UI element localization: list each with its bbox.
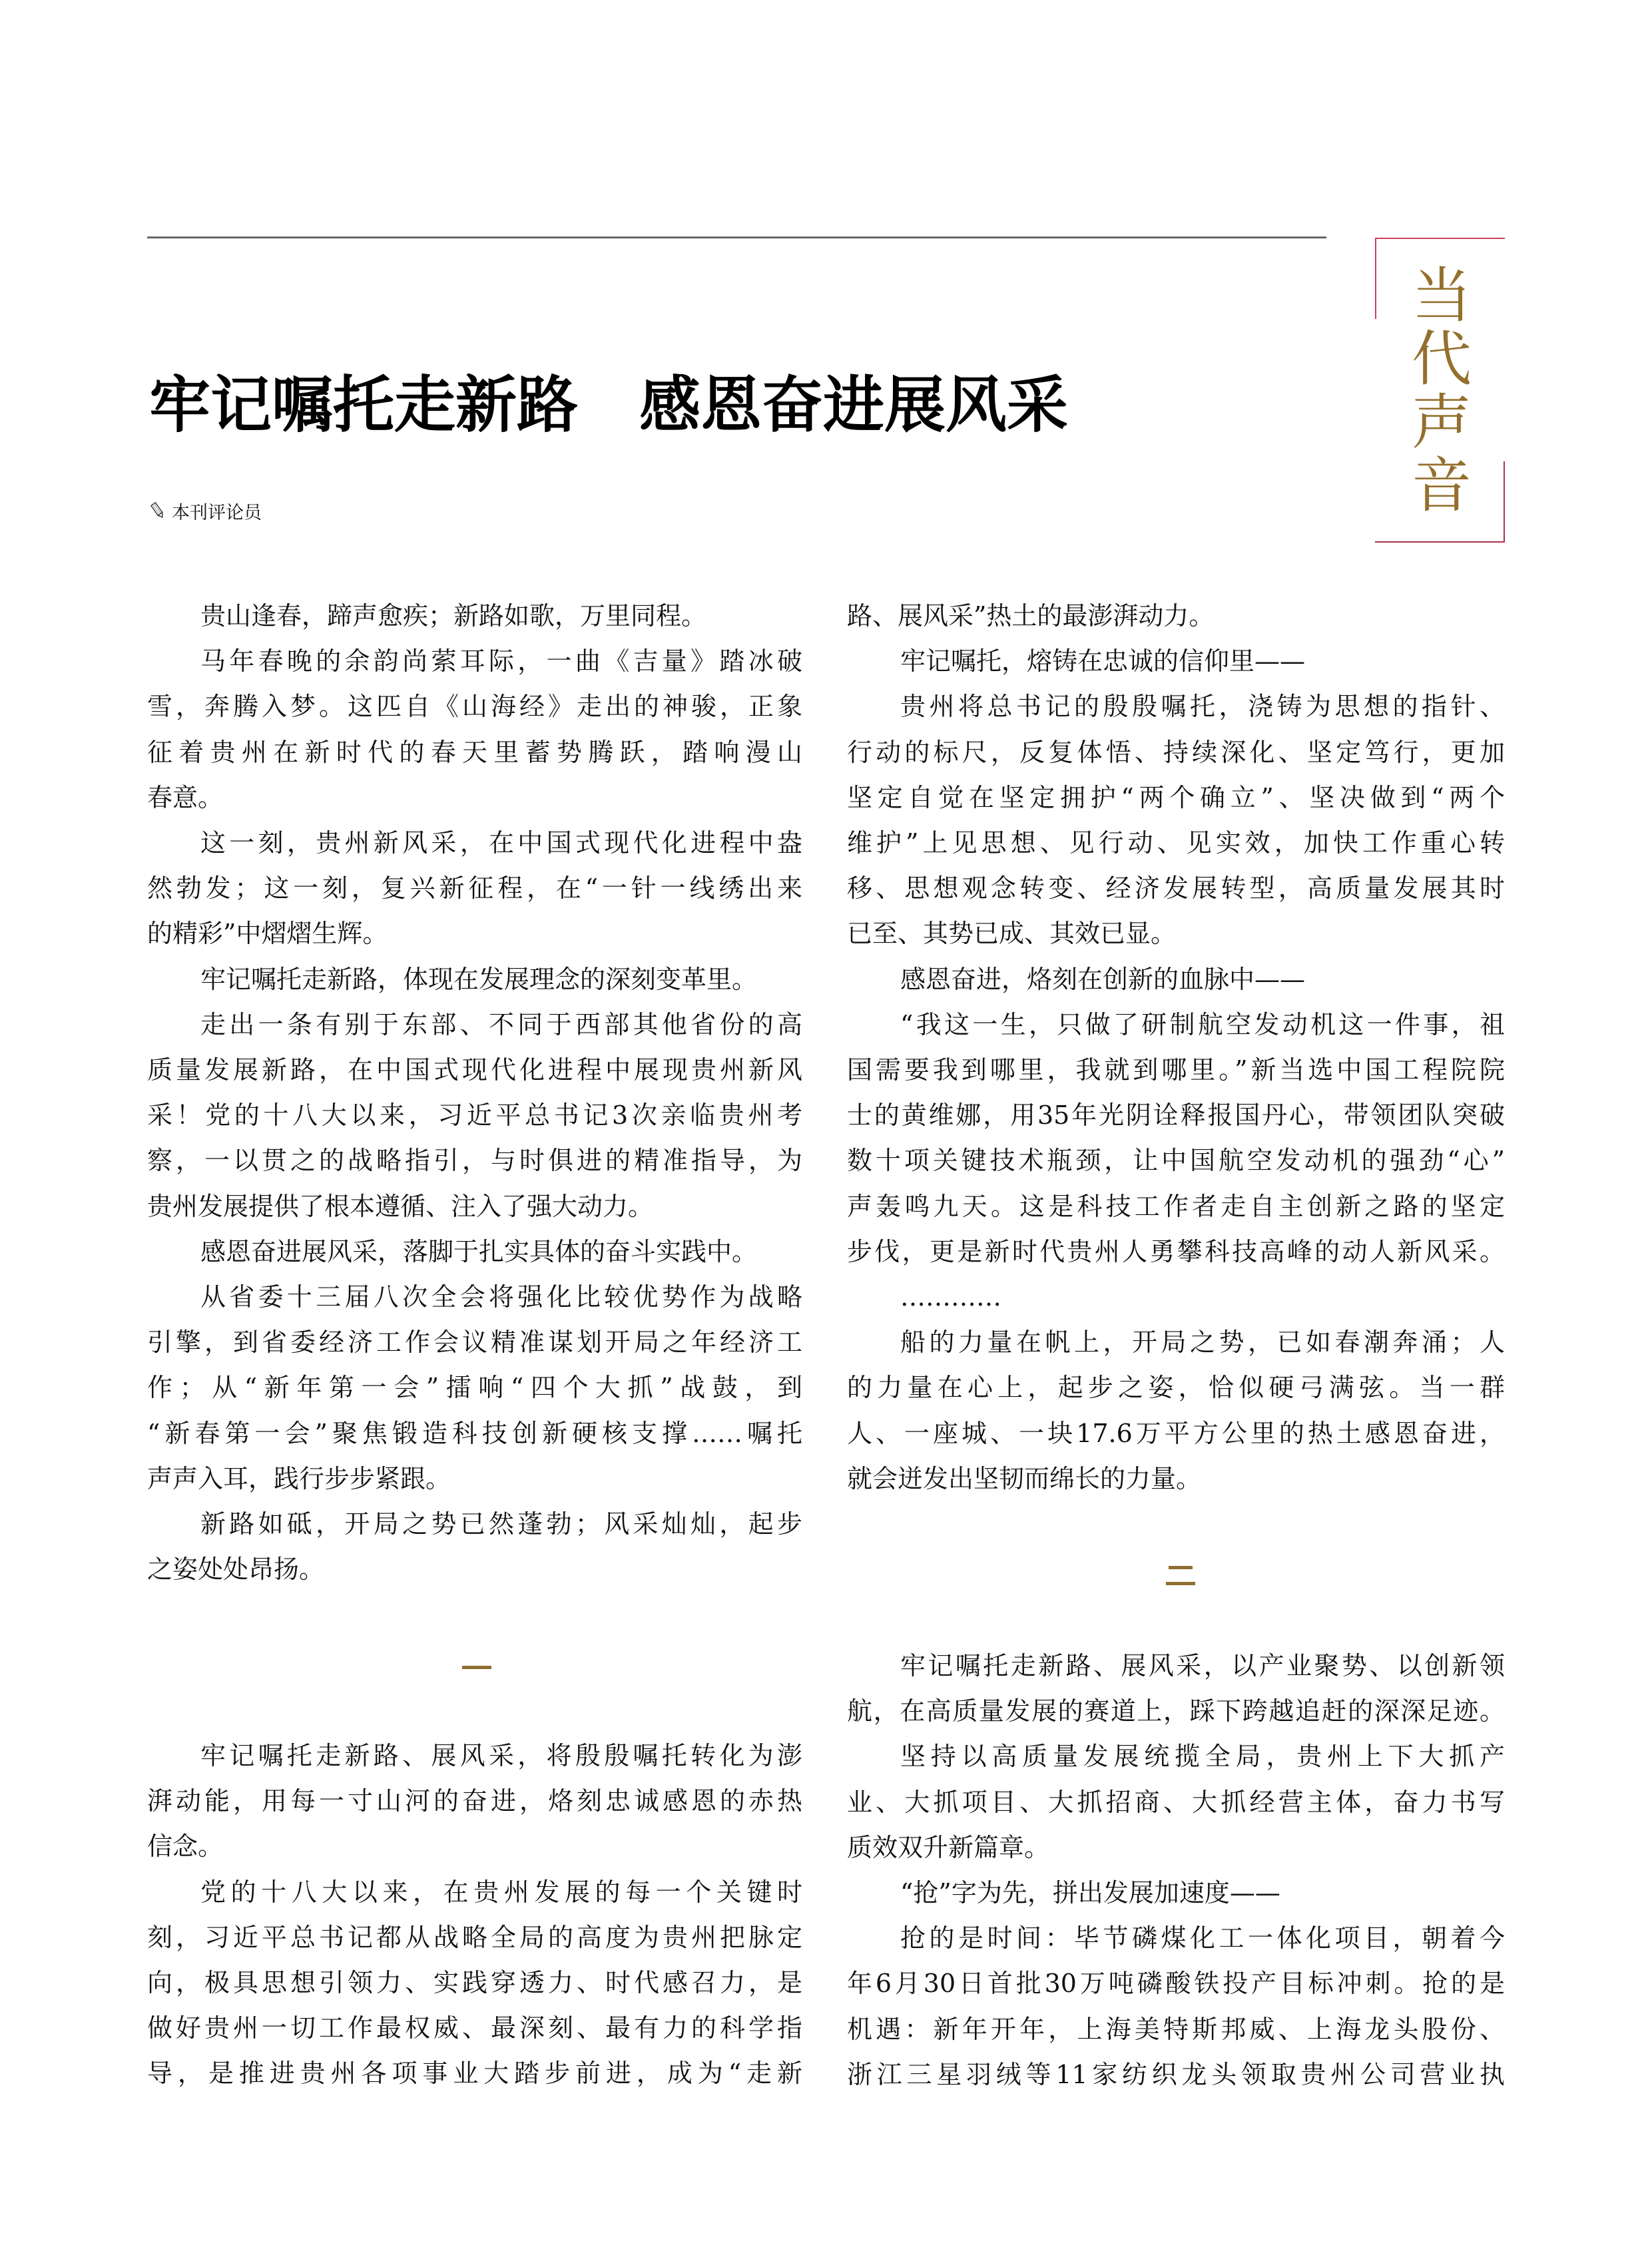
- paragraph-line: 湃动能，用每一寸山河的奋进，烙刻忠诚感恩的赤热: [147, 1786, 802, 1816]
- paragraph-line: 机遇：新年开年，上海美特斯邦威、上海龙头股份、: [847, 2015, 1505, 2044]
- paragraph-line: 雪，奔腾入梦。这匹自《山海经》走出的神骏，正象: [147, 692, 802, 721]
- marker-stroke: [462, 1666, 491, 1669]
- paragraph-line: 维护”上见思想、见行动、见实效，加快工作重心转: [847, 828, 1505, 858]
- paragraph-line: 走出一条有别于东部、不同于西部其他省份的高: [147, 1010, 802, 1039]
- paragraph-line: 数十项关键技术瓶颈，让中国航空发动机的强劲“心”: [847, 1146, 1505, 1175]
- paragraph-line: 声轰鸣九天。这是科技工作者走自主创新之路的坚定: [847, 1192, 1505, 1221]
- paragraph-line: 感恩奋进展风采，落脚于扎实具体的奋斗实践中。: [147, 1237, 802, 1266]
- paragraph-line: 牢记嘱托，熔铸在忠诚的信仰里——: [847, 646, 1505, 676]
- paragraph-line: 这一刻，贵州新风采，在中国式现代化进程中盎: [147, 828, 802, 858]
- paragraph-line: 年6月30日首批30万吨磷酸铁投产目标冲刺。抢的是: [847, 1969, 1505, 1998]
- paragraph-line: 业、大抓项目、大抓招商、大抓经营主体，奋力书写: [847, 1788, 1505, 1817]
- paragraph-line: “抢”字为先，拼出发展加速度——: [847, 1878, 1505, 1907]
- paragraph-line: 采！党的十八大以来，习近平总书记3次亲临贵州考: [147, 1101, 802, 1130]
- paragraph-line: 党的十八大以来，在贵州发展的每一个关键时: [147, 1877, 802, 1907]
- paragraph-line: 马年春晚的余韵尚萦耳际，一曲《吉量》踏冰破: [147, 646, 802, 676]
- paragraph-line: 从省委十三届八次全会将强化比较优势作为战略: [147, 1282, 802, 1312]
- paragraph-line: “我这一生，只做了研制航空发动机这一件事，祖: [847, 1010, 1505, 1039]
- paragraph-line: 的力量在心上，起步之姿，恰似硬弓满弦。当一群: [847, 1373, 1505, 1402]
- paragraph-line: 贵州发展提供了根本遵循、注入了强大动力。: [147, 1192, 802, 1221]
- paragraph-line: 向，极具思想引领力、实践穿透力、时代感召力，是: [147, 1968, 802, 1997]
- paragraph-line: 作；从“新年第一会”擂响“四个大抓”战鼓，到: [147, 1373, 802, 1402]
- paragraph-line: 移、思想观念转变、经济发展转型，高质量发展其时: [847, 873, 1505, 903]
- paragraph-line: 就会迸发出坚韧而绵长的力量。: [847, 1464, 1505, 1493]
- paragraph-line: 感恩奋进，烙刻在创新的血脉中——: [847, 965, 1505, 994]
- paragraph-line: 导，是推进贵州各项事业大踏步前进，成为“走新: [147, 2059, 802, 2088]
- paragraph-line: 做好贵州一切工作最权威、最深刻、最有力的科学指: [147, 2013, 802, 2043]
- paragraph-line: 新路如砥，开局之势已然蓬勃；风采灿灿，起步: [147, 1509, 802, 1539]
- byline: 本刊评论员: [150, 497, 262, 524]
- paragraph-line: 牢记嘱托走新路，体现在发展理念的深刻变革里。: [147, 965, 802, 994]
- paragraph-line: 信念。: [147, 1832, 802, 1861]
- marker-stroke: [1169, 1566, 1193, 1569]
- pencil-icon: [150, 502, 165, 519]
- header-rule: [147, 236, 1326, 238]
- paragraph-line: …………: [847, 1282, 1505, 1312]
- paragraph-line: 国需要我到哪里，我就到哪里。”新当选中国工程院院: [847, 1055, 1505, 1085]
- paragraph-line: 贵山逢春，蹄声愈疾；新路如歌，万里同程。: [147, 601, 802, 630]
- paragraph-line: 抢的是时间：毕节磷煤化工一体化项目，朝着今: [847, 1923, 1505, 1953]
- paragraph-line: 然勃发；这一刻，复兴新征程，在“一针一线绣出来: [147, 873, 802, 903]
- paragraph-line: 之姿处处昂扬。: [147, 1555, 802, 1584]
- paragraph-line: 坚定自觉在坚定拥护“两个确立”、坚决做到“两个: [847, 783, 1505, 812]
- column-label-char: 代: [1405, 328, 1478, 391]
- paragraph-line: 征着贵州在新时代的春天里蓄势腾跃，踏响漫山: [147, 738, 802, 767]
- paragraph-line: 引擎，到省委经济工作会议精准谋划开局之年经济工: [147, 1328, 802, 1357]
- section-marker-one: [462, 1664, 491, 1671]
- paragraph-line: 春意。: [147, 783, 802, 812]
- column-label-box: 当 代 声 音: [1375, 238, 1505, 543]
- paragraph-line: 刻，习近平总书记都从战略全局的高度为贵州把脉定: [147, 1923, 802, 1952]
- paragraph-line: 贵州将总书记的殷殷嘱托，浇铸为思想的指针、: [847, 692, 1505, 721]
- paragraph-line: 察，一以贯之的战略指引，与时俱进的精准指导，为: [147, 1146, 802, 1175]
- paragraph-line: 声声入耳，践行步步紧跟。: [147, 1464, 802, 1493]
- paragraph-line: 人、一座城、一块17.6万平方公里的热土感恩奋进，: [847, 1419, 1505, 1448]
- paragraph-line: 已至、其势已成、其效已显。: [847, 919, 1505, 948]
- article-title: 牢记嘱托走新路 感恩奋进展风采: [149, 368, 1068, 441]
- paragraph-line: 路、展风采”热土的最澎湃动力。: [847, 601, 1505, 630]
- paragraph-line: 浙江三星羽绒等11家纺织龙头领取贵州公司营业执: [847, 2060, 1505, 2089]
- column-label: 当 代 声 音: [1405, 264, 1478, 517]
- column-label-char: 声: [1405, 391, 1478, 454]
- paragraph-line: 航，在高质量发展的赛道上，踩下跨越追赶的深深足迹。: [847, 1696, 1505, 1726]
- paragraph-line: 的精彩”中熠熠生辉。: [147, 919, 802, 948]
- paragraph-line: 牢记嘱托走新路、展风采，以产业聚势、以创新领: [847, 1651, 1505, 1680]
- paragraph-line: 步伐，更是新时代贵州人勇攀科技高峰的动人新风采。: [847, 1237, 1505, 1266]
- paragraph-line: 质量发展新路，在中国式现代化进程中展现贵州新风: [147, 1055, 802, 1085]
- paragraph-line: 牢记嘱托走新路、展风采，将殷殷嘱托转化为澎: [147, 1741, 802, 1770]
- column-label-char: 当: [1405, 264, 1478, 328]
- section-marker-two: [1166, 1566, 1195, 1586]
- marker-stroke: [1166, 1582, 1195, 1585]
- paragraph-line: 坚持以高质量发展统揽全局，贵州上下大抓产: [847, 1742, 1505, 1771]
- paragraph-line: 质效双升新篇章。: [847, 1833, 1505, 1862]
- paragraph-line: 船的力量在帆上，开局之势，已如春潮奔涌；人: [847, 1328, 1505, 1357]
- byline-author: 本刊评论员: [172, 498, 262, 524]
- column-label-char: 音: [1405, 454, 1478, 517]
- paragraph-line: 行动的标尺，反复体悟、持续深化、坚定笃行，更加: [847, 738, 1505, 767]
- paragraph-line: 士的黄维娜，用35年光阴诠释报国丹心，带领团队突破: [847, 1101, 1505, 1130]
- paragraph-line: “新春第一会”聚焦锻造科技创新硬核支撑……嘱托: [147, 1419, 802, 1448]
